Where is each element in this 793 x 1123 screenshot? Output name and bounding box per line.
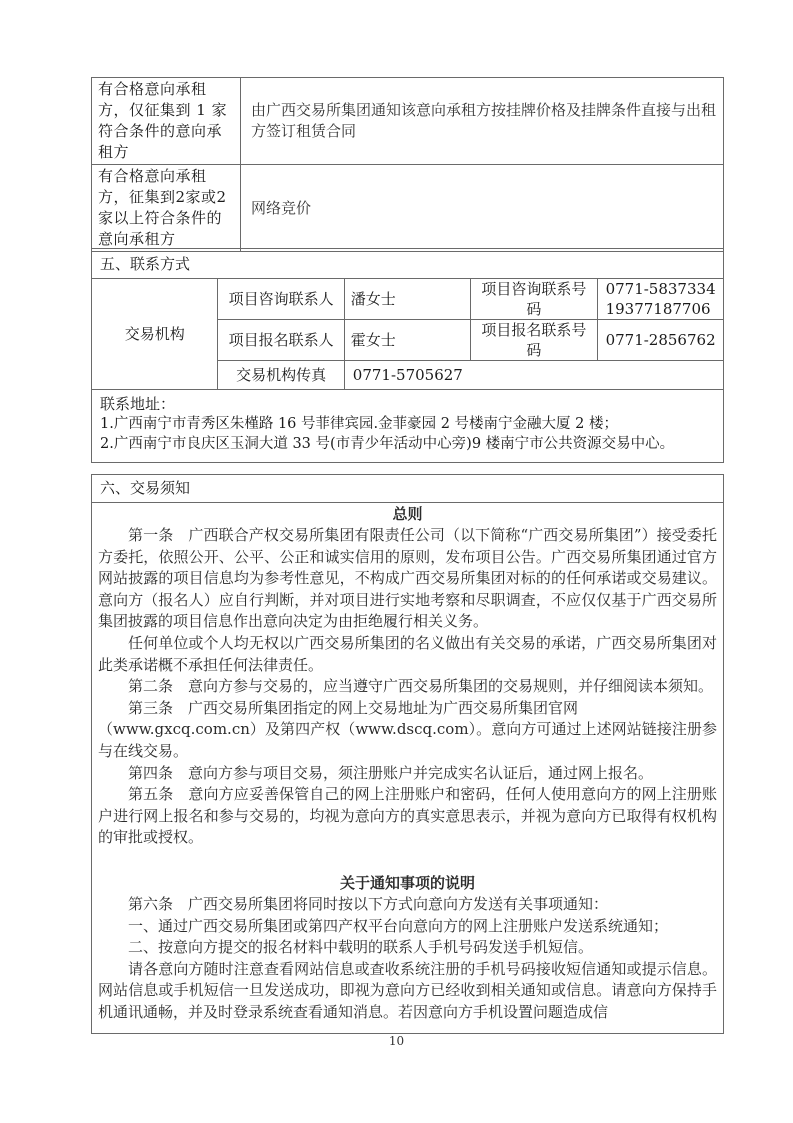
signup-contact-name: 霍女士: [344, 320, 470, 361]
consult-phone-1: 0771-5837334: [606, 279, 717, 299]
address-title: 联系地址：: [100, 394, 715, 414]
article-paragraph: 第三条 广西交易所集团指定的网上交易地址为广西交易所集团官网: [98, 698, 717, 720]
section-title-contact: 五、联系方式: [92, 249, 724, 279]
notification-paragraph: 第六条 广西交易所集团将同时按以下方式向意向方发送有关事项通知：: [98, 894, 717, 916]
signup-contact-label: 项目报名联系人: [218, 320, 344, 361]
method-cell: 由广西交易所集团通知该意向承租方按挂牌价格及挂牌条件直接与出租方签订租赁合同: [241, 78, 724, 165]
table-row: 有合格意向承租方，仅征集到 1 家符合条件的意向承租方 由广西交易所集团通知该意…: [92, 78, 724, 165]
signup-phone-label: 项目报名联系号码: [471, 320, 597, 361]
condition-cell: 有合格意向承租方，征集到2家或2家以上符合条件的意向承租方: [92, 165, 241, 252]
condition-cell: 有合格意向承租方，仅征集到 1 家符合条件的意向承租方: [92, 78, 241, 165]
consult-contact-label: 项目咨询联系人: [218, 279, 344, 320]
method-cell: 网络竞价: [241, 165, 724, 252]
notification-heading: 关于通知事项的说明: [98, 872, 717, 894]
notice-body: 总则 第一条 广西联合产权交易所集团有限责任公司（以下简称“广西交易所集团”）接…: [92, 503, 723, 1023]
signup-phone: 0771-2856762: [597, 320, 723, 361]
bidding-method-table: 有合格意向承租方，仅征集到 1 家符合条件的意向承租方 由广西交易所集团通知该意…: [91, 77, 724, 252]
consult-phone-cell: 0771-5837334 19377187706: [597, 279, 723, 320]
consult-contact-name: 潘女士: [344, 279, 470, 320]
general-heading: 总则: [98, 503, 717, 525]
document-page: 有合格意向承租方，仅征集到 1 家符合条件的意向承租方 由广西交易所集团通知该意…: [0, 0, 793, 1123]
article-paragraph: 第四条 意向方参与项目交易，须注册账户并完成实名认证后，通过网上报名。: [98, 763, 717, 785]
table-row: 交易机构 项目咨询联系人 潘女士 项目咨询联系号码 0771-5837334 1…: [92, 279, 724, 320]
article-paragraph: 第一条 广西联合产权交易所集团有限责任公司（以下简称“广西交易所集团”）接受委托…: [98, 525, 717, 633]
fax-number: 0771-5705627: [344, 361, 723, 390]
fax-label: 交易机构传真: [218, 361, 344, 390]
consult-phone-label: 项目咨询联系号码: [471, 279, 597, 320]
address-line: 2.广西南宁市良庆区玉洞大道 33 号(市青少年活动中心旁)9 楼南宁市公共资源…: [100, 434, 715, 454]
article-paragraph: （www.gxcq.com.cn）及第四产权（www.dscq.com）。意向方…: [98, 719, 717, 762]
article-paragraph: 任何单位或个人均无权以广西交易所集团的名义做出有关交易的承诺，广西交易所集团对此…: [98, 633, 717, 676]
section-title-notice: 六、交易须知: [92, 475, 723, 503]
address-block: 联系地址： 1.广西南宁市青秀区朱槿路 16 号菲律宾园.金菲豪园 2 号楼南宁…: [92, 390, 724, 463]
page-number: 10: [0, 1034, 793, 1048]
notification-paragraph: 二、按意向方提交的报名材料中载明的联系人手机号码发送手机短信。: [98, 937, 717, 959]
notification-paragraph: 请各意向方随时注意查看网站信息或查收系统注册的手机号码接收短信通知或提示信息。网…: [98, 959, 717, 1024]
org-label: 交易机构: [92, 279, 218, 390]
article-paragraph: 第二条 意向方参与交易的，应当遵守广西交易所集团的交易规则，并仔细阅读本须知。: [98, 676, 717, 698]
notification-paragraph: 一、通过广西交易所集团或第四产权平台向意向方的网上注册账户发送系统通知；: [98, 916, 717, 938]
contact-table: 五、联系方式 交易机构 项目咨询联系人 潘女士 项目咨询联系号码 0771-58…: [91, 248, 724, 463]
address-line: 1.广西南宁市青秀区朱槿路 16 号菲律宾园.金菲豪园 2 号楼南宁金融大厦 2…: [100, 414, 715, 434]
article-paragraph: 第五条 意向方应妥善保管自己的网上注册账户和密码，任何人使用意向方的网上注册账户…: [98, 784, 717, 849]
table-row: 有合格意向承租方，征集到2家或2家以上符合条件的意向承租方 网络竞价: [92, 165, 724, 252]
trading-notice-section: 六、交易须知 总则 第一条 广西联合产权交易所集团有限责任公司（以下简称“广西交…: [91, 474, 724, 1034]
consult-phone-2: 19377187706: [606, 299, 717, 319]
